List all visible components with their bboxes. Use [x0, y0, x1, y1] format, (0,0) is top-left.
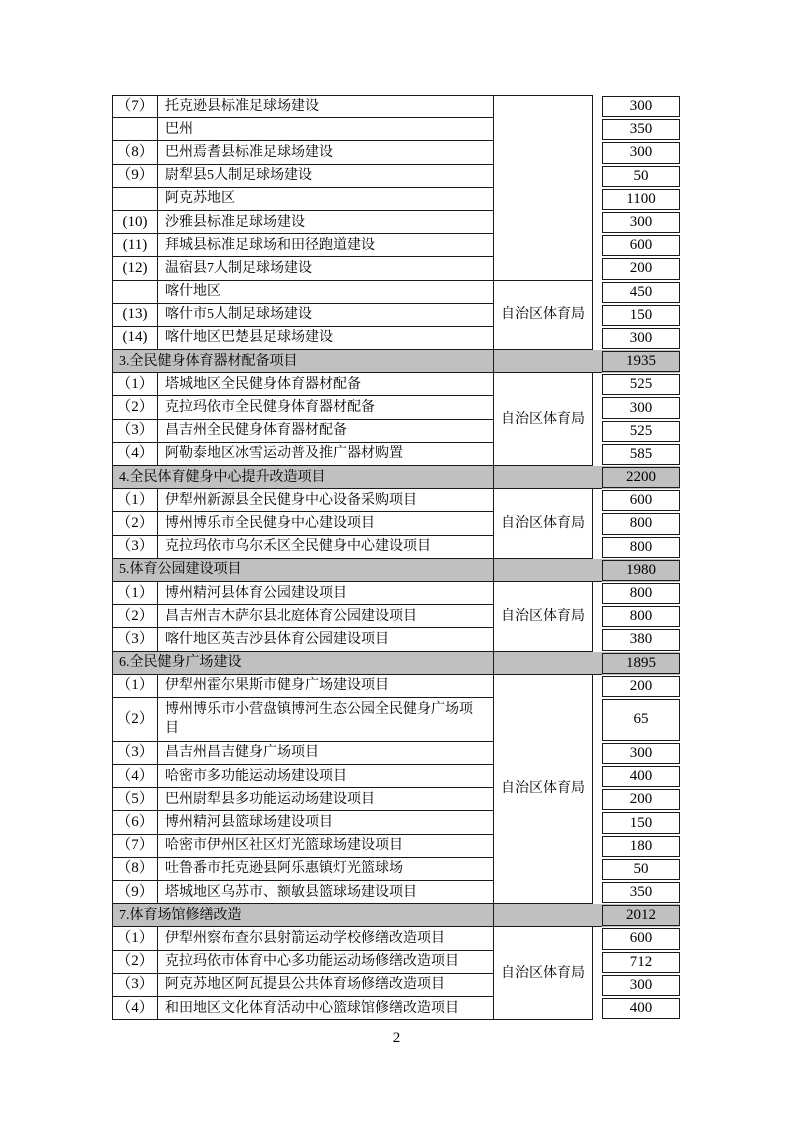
row-number-cell: （1）	[112, 675, 157, 698]
row-number-cell: （3）	[112, 742, 157, 765]
unit-cell: 自治区体育局	[493, 675, 593, 905]
amount-box: 1100	[602, 189, 680, 210]
amount-cell: 400	[602, 765, 680, 788]
amount-cell: 525	[602, 420, 680, 443]
page-number: 2	[0, 1030, 793, 1047]
amount-cell: 300	[602, 974, 680, 997]
project-name-cell: 克拉玛依市乌尔禾区全民健身中心建设项目	[157, 536, 493, 559]
amount-cell: 350	[602, 881, 680, 904]
amount-cell: 380	[602, 628, 680, 651]
amount-cell: 400	[602, 997, 680, 1020]
amount-cell: 2012	[602, 904, 680, 927]
amount-box: 150	[602, 305, 680, 326]
amount-cell: 200	[602, 675, 680, 698]
amount-box: 712	[602, 952, 680, 973]
amount-cell: 180	[602, 835, 680, 858]
amount-cell: 1980	[602, 559, 680, 582]
amount-box: 380	[602, 629, 680, 650]
section-title-cell: 7.体育场馆修缮改造	[112, 904, 493, 927]
amount-box: 600	[602, 490, 680, 511]
project-name-cell: 吐鲁番市托克逊县阿乐惠镇灯光篮球场	[157, 858, 493, 881]
amount-cell: 600	[602, 234, 680, 257]
section-title-cell: 6.全民健身广场建设	[112, 652, 493, 675]
amount-cell: 800	[602, 605, 680, 628]
amount-box: 585	[602, 444, 680, 465]
row-number-cell: (13)	[112, 304, 157, 327]
section-title-cell: 3.全民健身体育器材配备项目	[112, 350, 493, 373]
row-number-cell: （2）	[112, 698, 157, 742]
row-number-cell: （3）	[112, 420, 157, 443]
amount-box: 50	[602, 166, 680, 187]
row-number-cell: （2）	[112, 396, 157, 419]
amount-box: 200	[602, 258, 680, 279]
project-name-cell: 喀什地区巴楚县足球场建设	[157, 327, 493, 350]
section-unit-cell	[493, 652, 602, 675]
row-number-cell: （8）	[112, 858, 157, 881]
amount-box: 200	[602, 676, 680, 697]
amount-cell: 800	[602, 512, 680, 535]
row-number-cell: （2）	[112, 605, 157, 628]
amount-cell: 585	[602, 443, 680, 466]
amount-box: 300	[602, 212, 680, 233]
project-name-cell: 克拉玛依市体育中心多功能运动场修缮改造项目	[157, 951, 493, 974]
unit-cell: 自治区体育局	[493, 927, 593, 1020]
project-name-cell: 温宿县7人制足球场建设	[157, 257, 493, 280]
row-number-cell: （7）	[112, 95, 157, 118]
amount-cell: 525	[602, 373, 680, 396]
amount-box: 50	[602, 859, 680, 880]
row-number-cell: (14)	[112, 327, 157, 350]
amount-cell: 200	[602, 788, 680, 811]
project-name-cell: 巴州尉犁县多功能运动场建设项目	[157, 788, 493, 811]
unit-cell: 自治区体育局	[493, 489, 593, 559]
amount-box: 300	[602, 975, 680, 996]
document-page: （7）托克逊县标准足球场建设300巴州350（8）巴州焉耆县标准足球场建设300…	[0, 0, 793, 1122]
row-number-cell: （6）	[112, 811, 157, 834]
row-number-cell: （1）	[112, 927, 157, 950]
amount-cell: 600	[602, 927, 680, 950]
row-number-cell	[112, 118, 157, 141]
row-number-cell: (11)	[112, 234, 157, 257]
section-unit-cell	[493, 904, 602, 927]
unit-cell: 自治区体育局	[493, 582, 593, 652]
amount-cell: 50	[602, 165, 680, 188]
project-name-cell: 巴州	[157, 118, 493, 141]
amount-box: 1935	[602, 351, 680, 372]
project-name-cell: 哈密市伊州区社区灯光篮球场建设项目	[157, 835, 493, 858]
amount-cell: 300	[602, 396, 680, 419]
project-name-cell: 克拉玛依市全民健身体育器材配备	[157, 396, 493, 419]
amount-cell: 300	[602, 327, 680, 350]
row-number-cell: （3）	[112, 628, 157, 651]
amount-cell: 200	[602, 257, 680, 280]
amount-box: 400	[602, 766, 680, 787]
amount-cell: 600	[602, 489, 680, 512]
amount-box: 800	[602, 606, 680, 627]
project-name-cell: 喀什市5人制足球场建设	[157, 304, 493, 327]
project-name-cell: 托克逊县标准足球场建设	[157, 95, 493, 118]
amount-box: 1980	[602, 560, 680, 581]
amount-box: 300	[602, 96, 680, 117]
project-name-cell: 博州精河县篮球场建设项目	[157, 811, 493, 834]
amount-cell: 450	[602, 281, 680, 304]
amount-box: 65	[602, 699, 680, 741]
row-number-cell: （7）	[112, 835, 157, 858]
amount-box: 350	[602, 119, 680, 140]
row-number-cell	[112, 281, 157, 304]
amount-box: 525	[602, 421, 680, 442]
project-name-cell: 喀什地区	[157, 281, 493, 304]
amount-cell: 712	[602, 951, 680, 974]
project-name-cell: 喀什地区英吉沙县体育公园建设项目	[157, 628, 493, 651]
amount-box: 400	[602, 998, 680, 1019]
project-name-cell: 拜城县标准足球场和田径跑道建设	[157, 234, 493, 257]
row-number-cell: （3）	[112, 536, 157, 559]
amount-box: 800	[602, 537, 680, 558]
row-number-cell: （9）	[112, 165, 157, 188]
amount-box: 800	[602, 513, 680, 534]
project-name-cell: 博州博乐市全民健身中心建设项目	[157, 512, 493, 535]
row-number-cell: (10)	[112, 211, 157, 234]
amount-box: 600	[602, 235, 680, 256]
amount-box: 300	[602, 743, 680, 764]
project-name-cell: 博州博乐市小营盘镇博河生态公园全民健身广场项 目	[157, 698, 493, 742]
project-name-cell: 博州精河县体育公园建设项目	[157, 582, 493, 605]
row-number-cell: （4）	[112, 765, 157, 788]
unit-cell: 自治区体育局	[493, 281, 593, 351]
row-number-cell: (12)	[112, 257, 157, 280]
project-name-cell: 昌吉州吉木萨尔县北庭体育公园建设项目	[157, 605, 493, 628]
project-name-cell: 塔城地区乌苏市、额敏县篮球场建设项目	[157, 881, 493, 904]
amount-cell: 2200	[602, 466, 680, 489]
project-name-cell: 伊犁州察布查尔县射箭运动学校修缮改造项目	[157, 927, 493, 950]
amount-cell: 1895	[602, 652, 680, 675]
amount-box: 300	[602, 328, 680, 349]
amount-cell: 1100	[602, 188, 680, 211]
row-number-cell: （4）	[112, 443, 157, 466]
project-name-cell: 尉犁县5人制足球场建设	[157, 165, 493, 188]
amount-box: 180	[602, 836, 680, 857]
amount-cell: 150	[602, 811, 680, 834]
amount-box: 150	[602, 812, 680, 833]
project-name-cell: 阿勒泰地区冰雪运动普及推广器材购置	[157, 443, 493, 466]
amount-box: 200	[602, 789, 680, 810]
project-name-cell: 哈密市多功能运动场建设项目	[157, 765, 493, 788]
row-number-cell: （9）	[112, 881, 157, 904]
project-name-cell: 阿克苏地区	[157, 188, 493, 211]
row-number-cell: （8）	[112, 141, 157, 164]
row-number-cell: （1）	[112, 489, 157, 512]
amount-cell: 300	[602, 742, 680, 765]
row-number-cell: （3）	[112, 974, 157, 997]
unit-cell	[493, 95, 593, 281]
amount-box: 300	[602, 142, 680, 163]
amount-cell: 1935	[602, 350, 680, 373]
amount-cell: 65	[602, 698, 680, 742]
project-name-cell: 和田地区文化体育活动中心篮球馆修缮改造项目	[157, 997, 493, 1020]
amount-box: 2200	[602, 467, 680, 488]
budget-table: （7）托克逊县标准足球场建设300巴州350（8）巴州焉耆县标准足球场建设300…	[112, 95, 680, 1020]
project-name-cell: 昌吉州昌吉健身广场项目	[157, 742, 493, 765]
amount-box: 1895	[602, 653, 680, 674]
amount-cell: 800	[602, 582, 680, 605]
row-number-cell: （2）	[112, 951, 157, 974]
amount-box: 300	[602, 397, 680, 418]
section-unit-cell	[493, 350, 602, 373]
amount-box: 525	[602, 374, 680, 395]
amount-box: 2012	[602, 905, 680, 926]
amount-box: 450	[602, 282, 680, 303]
row-number-cell: （5）	[112, 788, 157, 811]
project-name-cell: 阿克苏地区阿瓦提县公共体育场修缮改造项目	[157, 974, 493, 997]
section-unit-cell	[493, 559, 602, 582]
project-name-cell: 沙雅县标准足球场建设	[157, 211, 493, 234]
row-number-cell: （1）	[112, 582, 157, 605]
amount-cell: 300	[602, 211, 680, 234]
amount-cell: 300	[602, 141, 680, 164]
row-number-cell: （4）	[112, 997, 157, 1020]
row-number-cell: （2）	[112, 512, 157, 535]
project-name-cell: 塔城地区全民健身体育器材配备	[157, 373, 493, 396]
unit-cell: 自治区体育局	[493, 373, 593, 466]
section-unit-cell	[493, 466, 602, 489]
amount-cell: 350	[602, 118, 680, 141]
row-number-cell: （1）	[112, 373, 157, 396]
amount-cell: 50	[602, 858, 680, 881]
amount-box: 800	[602, 583, 680, 604]
project-name-cell: 昌吉州全民健身体育器材配备	[157, 420, 493, 443]
project-name-cell: 伊犁州霍尔果斯市健身广场建设项目	[157, 675, 493, 698]
amount-cell: 800	[602, 536, 680, 559]
project-name-cell: 巴州焉耆县标准足球场建设	[157, 141, 493, 164]
row-number-cell	[112, 188, 157, 211]
project-name-cell: 伊犁州新源县全民健身中心设备采购项目	[157, 489, 493, 512]
amount-cell: 300	[602, 95, 680, 118]
section-title-cell: 4.全民体育健身中心提升改造项目	[112, 466, 493, 489]
amount-box: 600	[602, 928, 680, 949]
section-title-cell: 5.体育公园建设项目	[112, 559, 493, 582]
amount-box: 350	[602, 882, 680, 903]
amount-cell: 150	[602, 304, 680, 327]
